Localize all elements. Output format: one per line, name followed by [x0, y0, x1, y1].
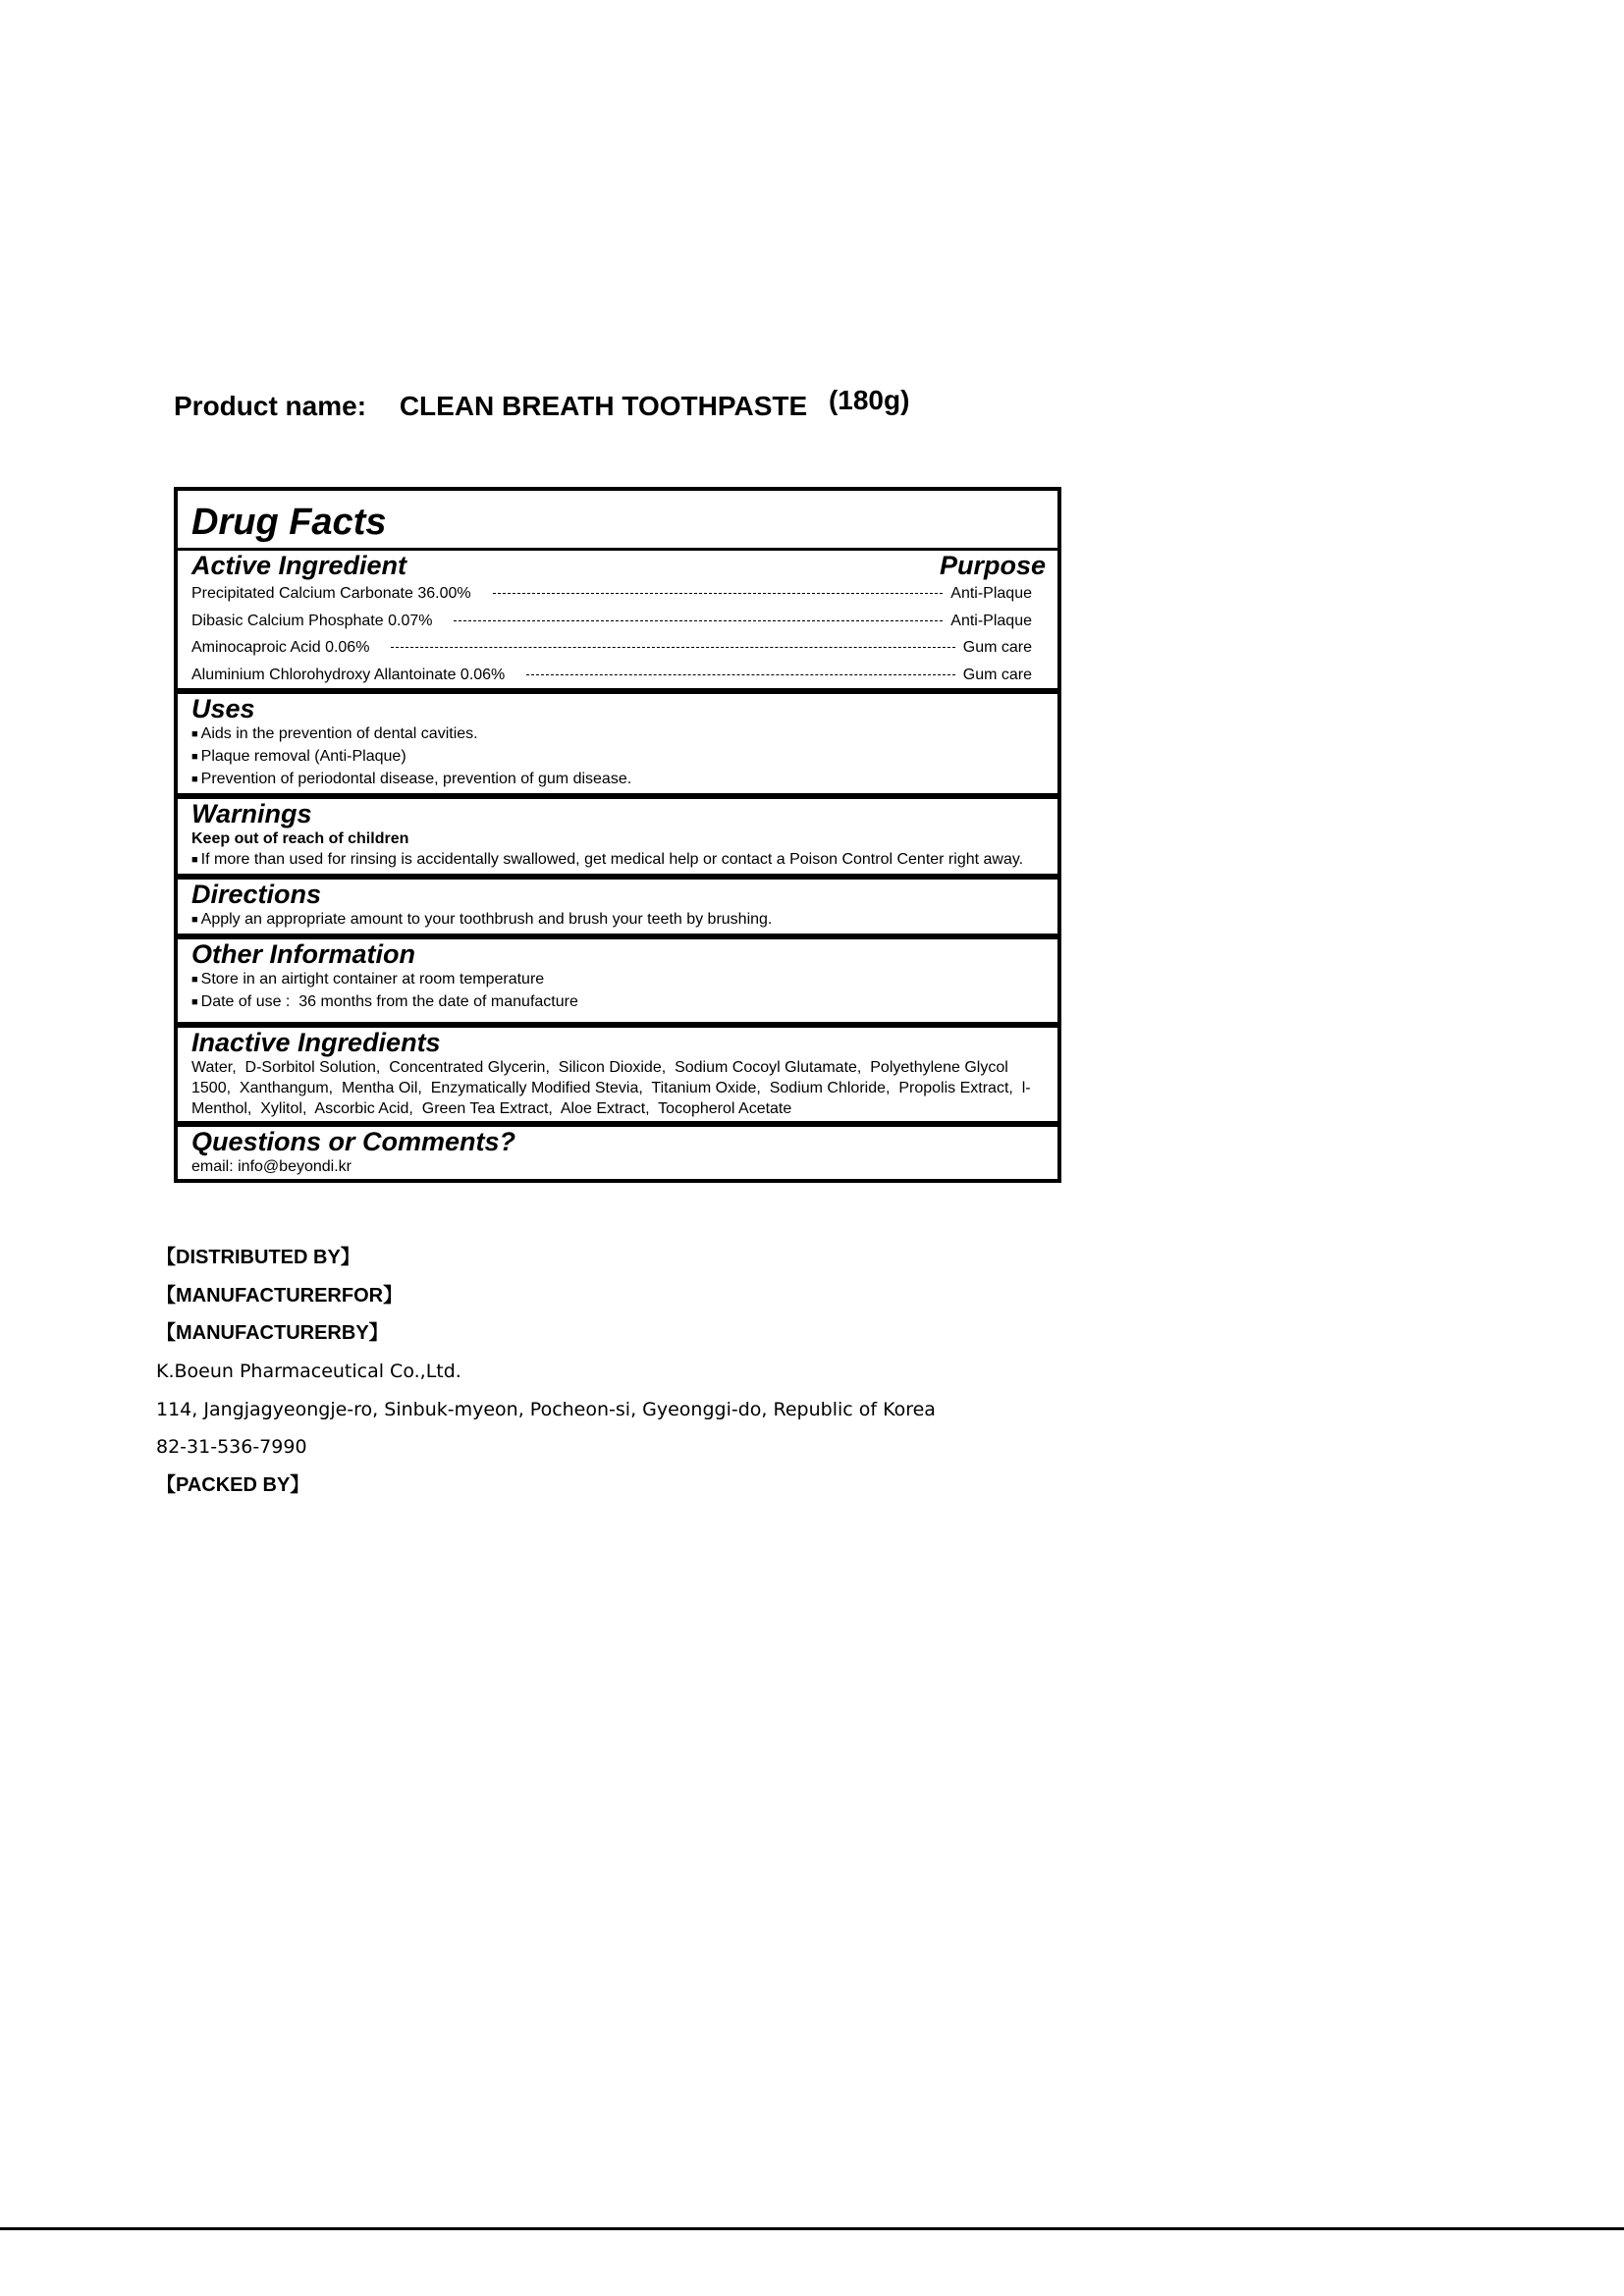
distributed-by-heading: 【DISTRIBUTED BY】 [156, 1239, 936, 1277]
inactive-ingredients-text: Water, D-Sorbitol Solution, Concentrated… [191, 1057, 1046, 1119]
product-name: CLEAN BREATH TOOTHPASTE [400, 391, 807, 421]
product-name-line: Product name: CLEAN BREATH TOOTHPASTE (1… [174, 391, 909, 422]
active-ingredient-section: Active Ingredient Purpose Precipitated C… [178, 551, 1057, 688]
page-bottom-rule [0, 2227, 1624, 2230]
inactive-ingredients-section: Inactive Ingredients Water, D-Sorbitol S… [178, 1022, 1057, 1121]
inactive-ingredients-heading: Inactive Ingredients [191, 1028, 1046, 1057]
ingredient-purpose: Gum care [963, 634, 1032, 662]
ingredient-name: Aluminium Chlorohydroxy Allantoinate 0.0… [191, 662, 505, 689]
manufacturer-by-heading: 【MANUFACTURERBY】 [156, 1314, 936, 1353]
dotted-leader [454, 620, 943, 621]
dotted-leader [526, 674, 954, 675]
packed-by-heading: 【PACKED BY】 [156, 1467, 936, 1505]
ingredient-name: Precipitated Calcium Carbonate 36.00% [191, 580, 471, 608]
active-ingredient-row: Precipitated Calcium Carbonate 36.00% An… [191, 580, 1046, 608]
other-information-item: Date of use : 36 months from the date of… [191, 991, 1046, 1014]
other-information-section: Other Information Store in an airtight c… [178, 934, 1057, 1022]
ingredient-purpose: Anti-Plaque [950, 580, 1032, 608]
ingredient-purpose: Anti-Plaque [950, 608, 1032, 635]
other-information-item: Store in an airtight container at room t… [191, 969, 1046, 991]
directions-section: Directions Apply an appropriate amount t… [178, 874, 1057, 934]
active-ingredient-row: Aluminium Chlorohydroxy Allantoinate 0.0… [191, 662, 1046, 689]
uses-item: Plaque removal (Anti-Plaque) [191, 746, 1046, 769]
uses-item: Prevention of periodontal disease, preve… [191, 769, 1046, 791]
uses-section: Uses Aids in the prevention of dental ca… [178, 688, 1057, 793]
directions-item: Apply an appropriate amount to your toot… [191, 909, 1046, 932]
other-information-heading: Other Information [191, 939, 1046, 969]
active-ingredient-heading: Active Ingredient [191, 551, 406, 580]
product-size: (180g) [829, 385, 909, 415]
dotted-leader [391, 647, 954, 648]
manufacturer-phone: 82-31-536-7990 [156, 1428, 936, 1467]
manufacturer-name: K.Boeun Pharmaceutical Co.,Ltd. [156, 1353, 936, 1391]
manufacturer-for-heading: 【MANUFACTURERFOR】 [156, 1277, 936, 1315]
warnings-heading: Warnings [191, 799, 1046, 828]
dotted-leader [493, 593, 944, 594]
questions-email: email: info@beyondi.kr [191, 1156, 1046, 1177]
ingredient-name: Aminocaproic Acid 0.06% [191, 634, 369, 662]
product-name-label: Product name: [174, 391, 366, 421]
directions-heading: Directions [191, 880, 1046, 909]
ingredient-purpose: Gum care [963, 662, 1032, 689]
active-ingredient-row: Dibasic Calcium Phosphate 0.07% Anti-Pla… [191, 608, 1046, 635]
active-ingredient-row: Aminocaproic Acid 0.06% Gum care [191, 634, 1046, 662]
manufacturer-address: 114, Jangjagyeongje-ro, Sinbuk-myeon, Po… [156, 1391, 936, 1429]
ingredient-name: Dibasic Calcium Phosphate 0.07% [191, 608, 432, 635]
purpose-heading: Purpose [940, 551, 1046, 580]
questions-section: Questions or Comments? email: info@beyon… [178, 1121, 1057, 1179]
uses-heading: Uses [191, 694, 1046, 723]
warnings-subheading: Keep out of reach of children [191, 828, 1046, 849]
uses-item: Aids in the prevention of dental cavitie… [191, 723, 1046, 746]
drug-facts-title: Drug Facts [178, 491, 1057, 551]
warnings-item: If more than used for rinsing is acciden… [191, 849, 1046, 872]
questions-heading: Questions or Comments? [191, 1127, 1046, 1156]
warnings-section: Warnings Keep out of reach of children I… [178, 793, 1057, 874]
drug-facts-panel: Drug Facts Active Ingredient Purpose Pre… [174, 487, 1061, 1183]
company-info: 【DISTRIBUTED BY】 【MANUFACTURERFOR】 【MANU… [156, 1239, 936, 1505]
